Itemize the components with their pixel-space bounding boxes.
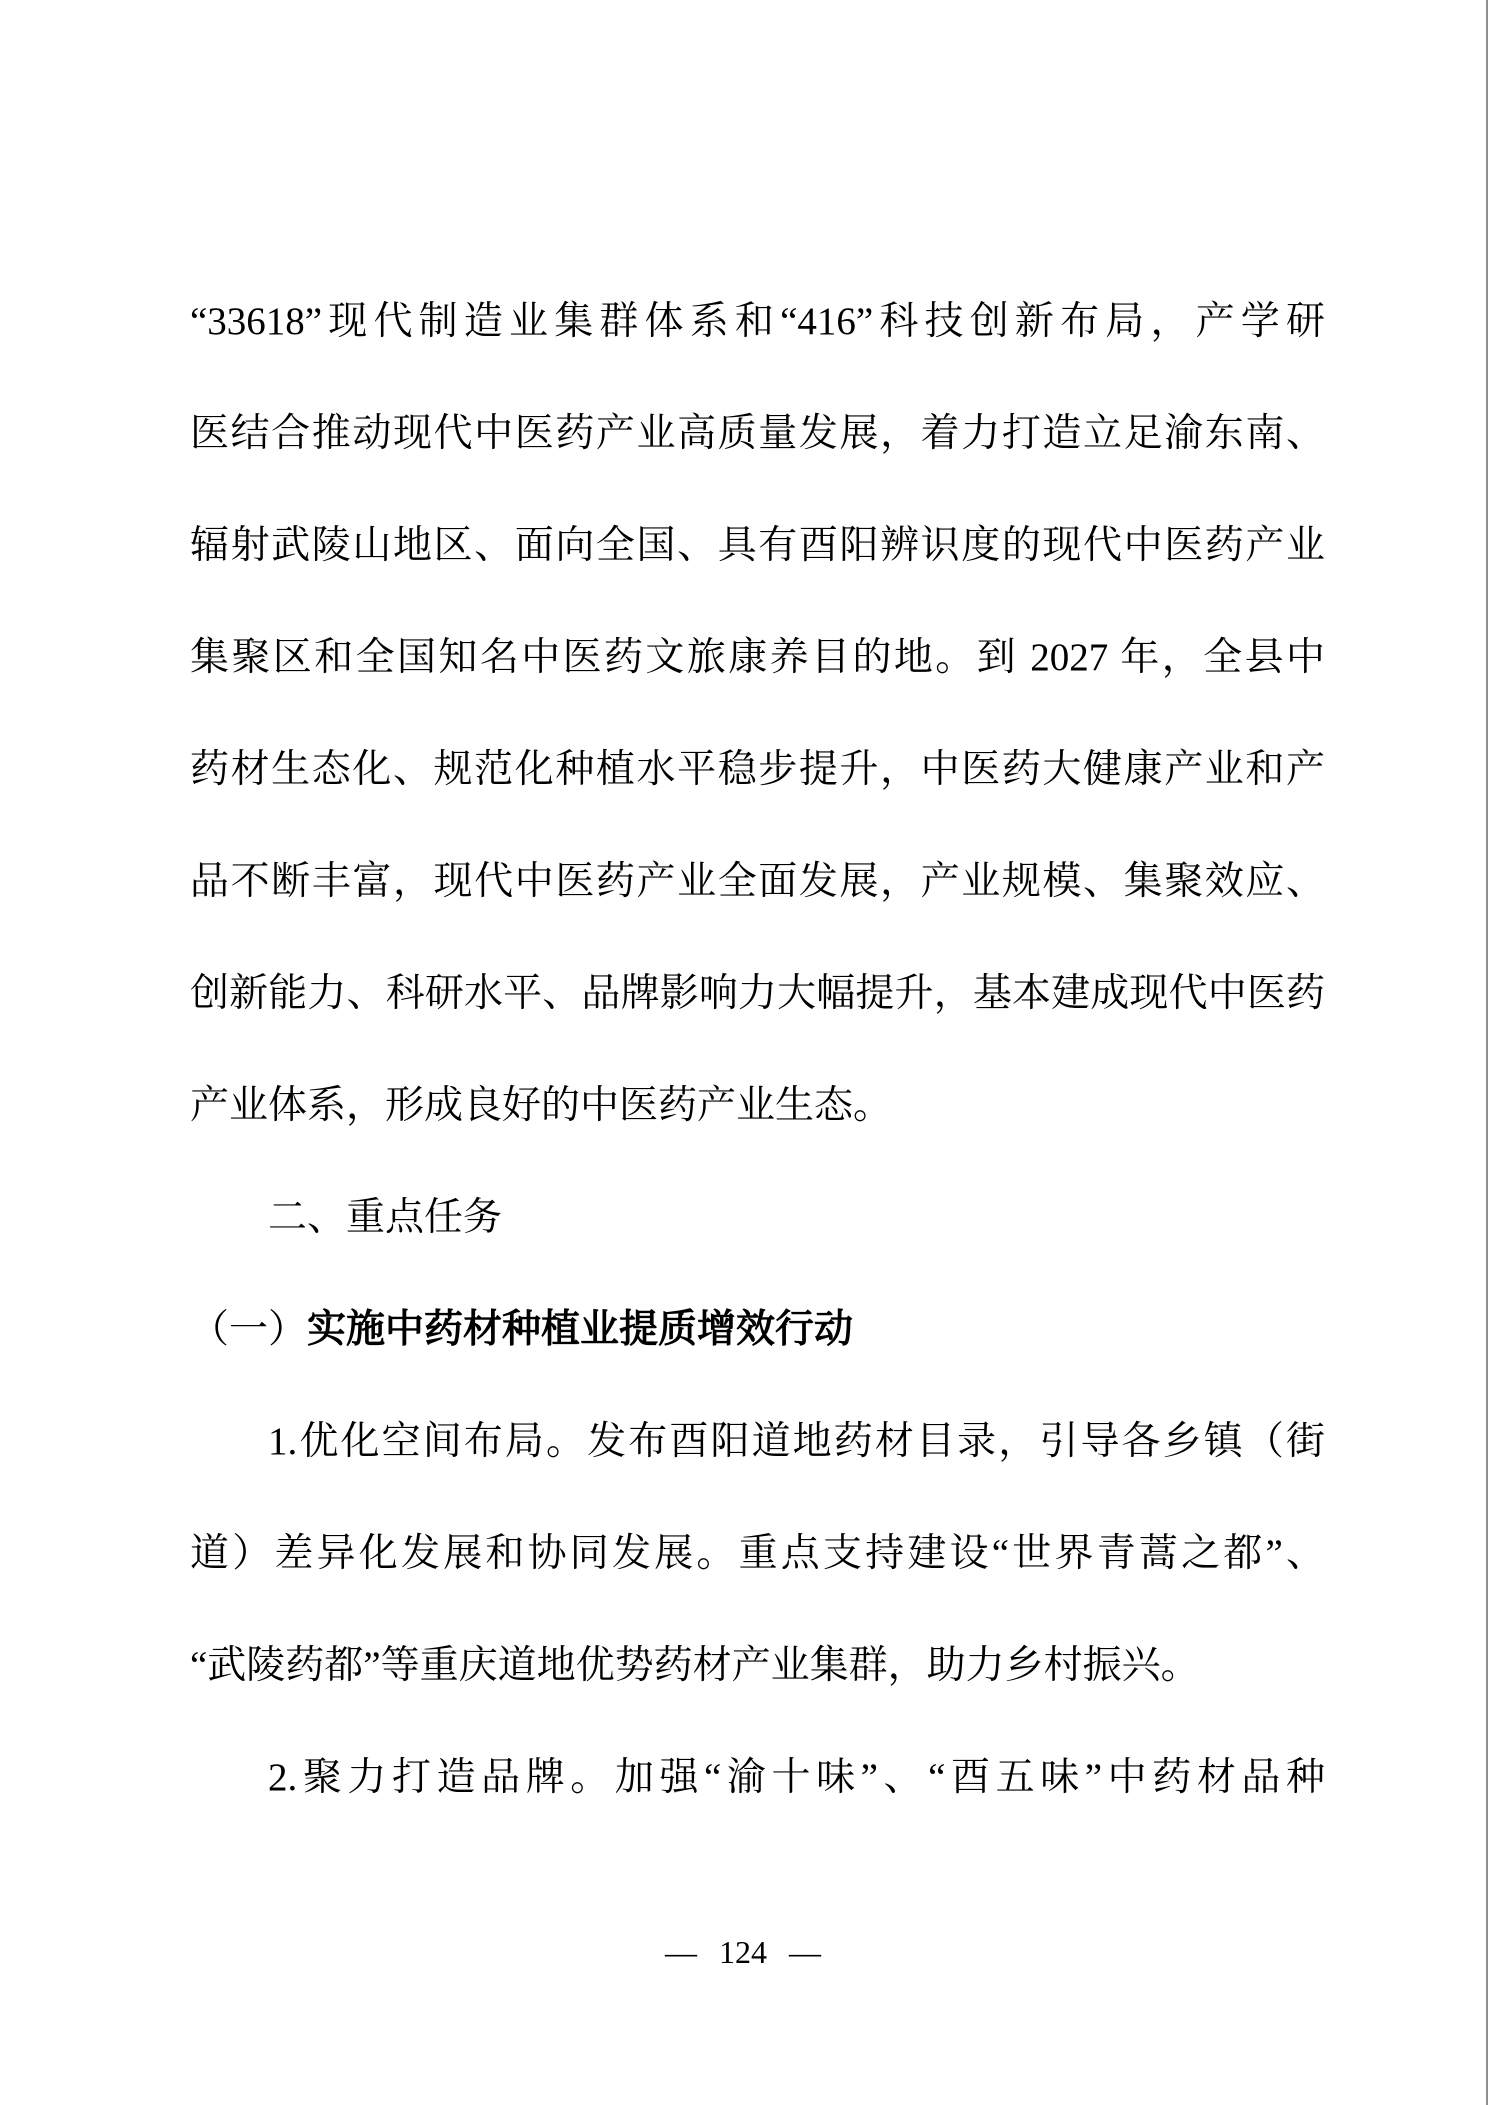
text-line: 1.优化空间布局。发布酉阳道地药材目录，引导各乡镇（街 (190, 1386, 1325, 1498)
text-line: 品不断丰富，现代中医药产业全面发展，产业规模、集聚效应、 (190, 826, 1325, 938)
line-text: 医结合推动现代中医药产业高质量发展，着力打造立足渝东南、 (190, 412, 1325, 455)
text-line: 产业体系，形成良好的中医药产业生态。 (190, 1050, 1325, 1162)
text-line: “33618”现代制造业集群体系和“416”科技创新布局，产学研 (190, 266, 1325, 378)
line-text: “武陵药都”等重庆道地优势药材产业集群，助力乡村振兴。 (190, 1644, 1200, 1687)
line-text: 辐射武陵山地区、面向全国、具有酉阳辨识度的现代中医药产业 (190, 524, 1325, 567)
text-line: 医结合推动现代中医药产业高质量发展，着力打造立足渝东南、 (190, 378, 1325, 490)
text-line: 道）差异化发展和协同发展。重点支持建设“世界青蒿之都”、 (190, 1498, 1325, 1610)
heading-text: 实施中药材种植业提质增效行动 (307, 1308, 853, 1351)
subsection-heading: （一）实施中药材种植业提质增效行动 (190, 1274, 1325, 1386)
heading-number: （一） (190, 1308, 307, 1351)
line-text: 集聚区和全国知名中医药文旅康养目的地。到 2027 年，全县中 (190, 636, 1325, 679)
line-text: 道）差异化发展和协同发展。重点支持建设“世界青蒿之都”、 (190, 1532, 1325, 1575)
line-text: 创新能力、科研水平、品牌影响力大幅提升，基本建成现代中医药 (190, 972, 1325, 1015)
text-line: 2.聚力打造品牌。加强“渝十味”、“酉五味”中药材品种 (190, 1722, 1325, 1834)
document-page: “33618”现代制造业集群体系和“416”科技创新布局，产学研医结合推动现代中… (0, 0, 1488, 2105)
document-body: “33618”现代制造业集群体系和“416”科技创新布局，产学研医结合推动现代中… (190, 266, 1325, 1834)
text-line: “武陵药都”等重庆道地优势药材产业集群，助力乡村振兴。 (190, 1610, 1325, 1722)
line-text: 2.聚力打造品牌。加强“渝十味”、“酉五味”中药材品种 (268, 1756, 1325, 1799)
section-heading: 二、重点任务 (190, 1162, 1325, 1274)
text-line: 药材生态化、规范化种植水平稳步提升，中医药大健康产业和产 (190, 714, 1325, 826)
text-line: 创新能力、科研水平、品牌影响力大幅提升，基本建成现代中医药 (190, 938, 1325, 1050)
line-text: 1.优化空间布局。发布酉阳道地药材目录，引导各乡镇（街 (268, 1420, 1325, 1463)
line-text: 二、重点任务 (268, 1196, 502, 1239)
line-text: 产业体系，形成良好的中医药产业生态。 (190, 1084, 892, 1127)
text-line: 辐射武陵山地区、面向全国、具有酉阳辨识度的现代中医药产业 (190, 490, 1325, 602)
line-text: 药材生态化、规范化种植水平稳步提升，中医药大健康产业和产 (190, 748, 1325, 791)
line-text: “33618”现代制造业集群体系和“416”科技创新布局，产学研 (190, 300, 1325, 343)
page-number: — 124 — (665, 1934, 821, 1970)
page-footer: — 124 — (0, 1922, 1486, 1982)
text-line: 集聚区和全国知名中医药文旅康养目的地。到 2027 年，全县中 (190, 602, 1325, 714)
line-text: 品不断丰富，现代中医药产业全面发展，产业规模、集聚效应、 (190, 860, 1325, 903)
